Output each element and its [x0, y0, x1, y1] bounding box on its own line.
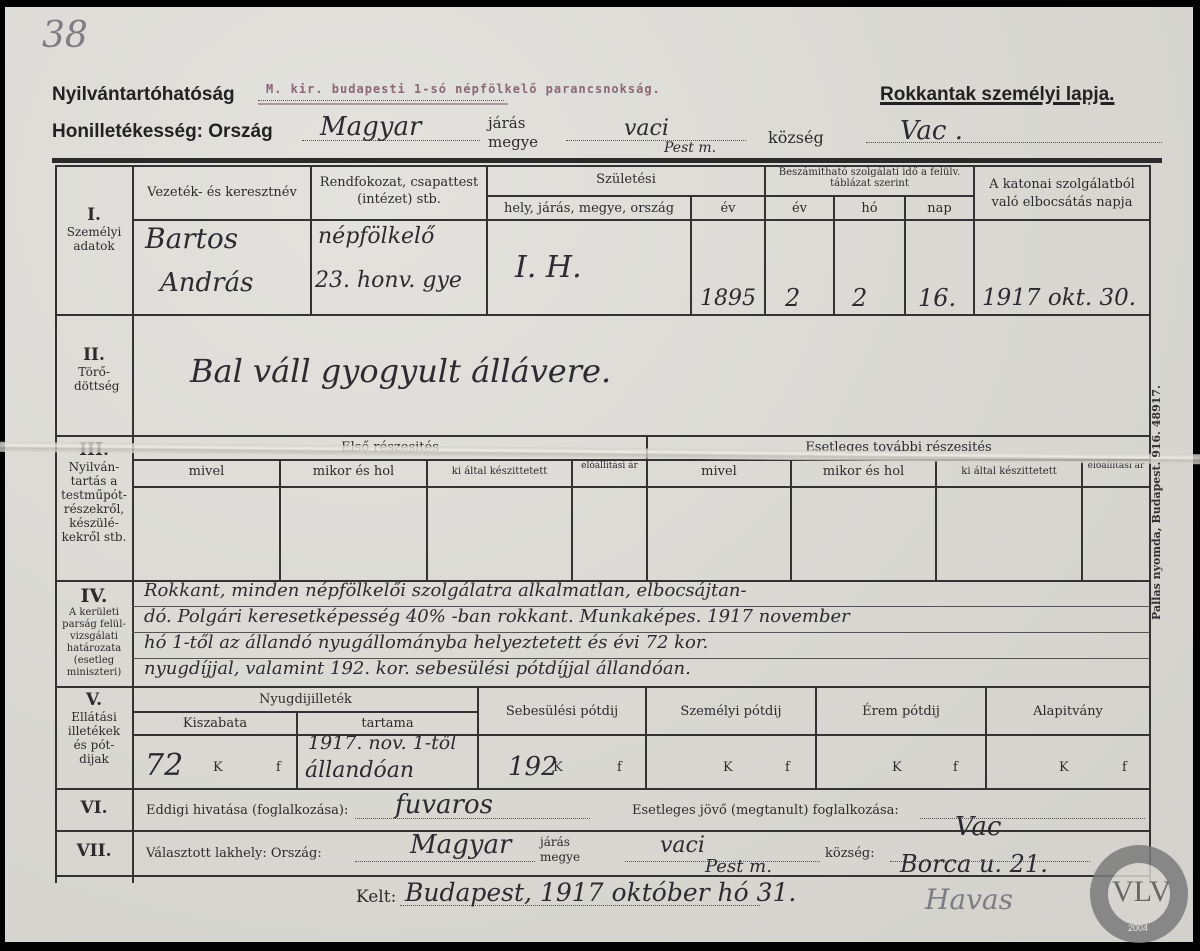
section-3-title-line: készülé-	[56, 516, 132, 530]
form-title: Rokkantak személyi lapja.	[880, 84, 1114, 106]
seal-year: 2004	[1128, 923, 1148, 933]
decision-line-1: Rokkant, minden népfölkelői szolgálatra …	[144, 580, 747, 601]
surname-value: Bartos	[145, 222, 238, 255]
section-4-label: IV. A kerületi parság felül- vizsgálati …	[56, 585, 132, 679]
header-discharge: A katonai szolgálatból való elbocsátás n…	[975, 176, 1149, 212]
st-day-value: 16.	[918, 284, 956, 312]
county-label: megye	[488, 133, 538, 151]
rank-line2: 23. honv. gye	[315, 268, 462, 293]
col-ar-1: előállitási ár	[573, 461, 646, 472]
section-1-num: I.	[56, 205, 132, 225]
section-4-title-line: parság felül-	[56, 619, 132, 631]
future-occupation-label: Esetleges jövő (megtanult) foglalkozása:	[632, 803, 899, 818]
col-foundation: Alapitvány	[987, 704, 1149, 719]
header-birth-year: év	[692, 201, 764, 216]
section-1-title: Személyi adatok	[56, 225, 132, 253]
section-7-num: VII.	[56, 841, 132, 861]
injury-value: Bal váll gyogyult állávere.	[190, 352, 611, 390]
district-value: vaci	[624, 116, 669, 141]
rule	[426, 460, 428, 581]
domicile-country: Magyar	[320, 112, 421, 142]
seal-letters: VLV	[1112, 875, 1171, 909]
pension-duration-line2: állandóan	[305, 758, 414, 783]
section-4-title-line: határozata	[56, 643, 132, 655]
res-county-label: megye	[540, 850, 580, 864]
col-tartama: tartama	[298, 716, 477, 731]
section-3-label: III. Nyilván- tartás a testműpót- részek…	[56, 440, 132, 544]
decision-line-3: hó 1-től az állandó nyugállományba helye…	[144, 632, 708, 653]
section-2-num: II.	[56, 345, 132, 365]
pension-header: Nyugdijilleték	[134, 692, 477, 707]
section-col-border	[132, 165, 134, 883]
section-3-title-line: tartás a	[56, 474, 132, 488]
section-3-title-line: testműpót-	[56, 488, 132, 502]
wound-supplement-value: 192	[508, 752, 558, 782]
domicile-label: Honilletékesség: Ország	[52, 121, 273, 143]
section-7-label: VII.	[56, 841, 132, 861]
res-county-value: Pest m.	[705, 856, 772, 877]
municipality-value: Vac .	[900, 116, 963, 146]
signature: Havas	[925, 883, 1013, 916]
header-name: Vezeték- és keresztnév	[134, 185, 310, 200]
col-wound-supplement: Sebesülési pótdij	[479, 704, 645, 719]
rank-line1: népfölkelő	[318, 224, 434, 249]
currency-k: K	[892, 760, 902, 775]
col-kiszabata: Kiszabata	[134, 716, 296, 731]
header-service-time: Beszámitható szolgálati idő a felülv. tá…	[766, 167, 973, 189]
currency-k: K	[1059, 760, 1069, 775]
section-5-title-line: és pót-	[56, 738, 132, 752]
col-mivel-1: mivel	[134, 464, 279, 479]
rule	[132, 734, 1150, 736]
section-1-label: I. Személyi adatok	[56, 205, 132, 253]
authority-label: Nyilvántartóhatóság	[52, 84, 235, 106]
section-3-title-line: részekről,	[56, 502, 132, 516]
st-year-value: 2	[785, 284, 800, 312]
currency-f: f	[1122, 760, 1127, 775]
col-mivel-2: mivel	[648, 464, 790, 479]
pension-duration-line1: 1917. nov. 1-től	[308, 732, 456, 754]
section-4-num: IV.	[56, 585, 132, 607]
section-4-title-line: A kerületi	[56, 607, 132, 619]
section-2-title: Törő-döttség	[74, 365, 114, 393]
section-3-title-line: Nyilván-	[56, 460, 132, 474]
col-ki-1: ki által készittetett	[428, 466, 571, 477]
currency-f: f	[953, 760, 958, 775]
header-rank: Rendfokozat, csapattest (intézet) stb.	[312, 174, 486, 208]
rule	[55, 435, 1150, 437]
top-rule	[52, 158, 1162, 163]
county-value: Pest m.	[664, 140, 716, 156]
discharge-date-value: 1917 okt. 30.	[982, 285, 1136, 311]
district-label: járás	[488, 114, 525, 132]
res-street-value: Borca u. 21.	[900, 850, 1048, 878]
res-district-value: vaci	[660, 833, 705, 858]
currency-k: K	[553, 760, 563, 775]
section-5-title-line: dijak	[56, 752, 132, 766]
decision-line-4: nyugdíjjal, valamint 192. kor. sebesülés…	[144, 658, 691, 679]
rule	[571, 460, 573, 581]
currency-f: f	[276, 760, 281, 775]
section-2-label: II. Törő-döttség	[56, 345, 132, 393]
rule	[477, 687, 479, 789]
dated-value: Budapest, 1917 október hó 31.	[405, 878, 796, 907]
archive-seal: VLV 2004	[1090, 845, 1188, 943]
dated-label: Kelt:	[356, 887, 396, 907]
rule	[486, 165, 488, 315]
authority-dotted-line	[258, 100, 504, 101]
pension-amount: 72	[145, 748, 183, 783]
given-name-value: András	[160, 268, 253, 298]
authority-stamp: M. kir. budapesti 1-só népfölkelő paranc…	[266, 82, 661, 96]
rule	[486, 195, 973, 197]
col-ki-2: ki által készittetett	[937, 466, 1081, 477]
section-4-title-line: vizsgálati	[56, 631, 132, 643]
header-st-month: hó	[835, 201, 904, 216]
section-4-title-line: (esetleg	[56, 655, 132, 667]
res-district-label: járás	[540, 835, 570, 849]
col-personal-supplement: Személyi pótdij	[647, 704, 815, 719]
rule	[132, 486, 1150, 488]
rule	[645, 687, 647, 789]
currency-k: K	[213, 760, 223, 775]
prev-occupation-label: Eddigi hivatása (foglalkozása):	[146, 803, 348, 818]
rule	[815, 687, 817, 789]
page-number: 38	[42, 15, 88, 56]
stamp-underline	[258, 103, 508, 105]
currency-k: K	[723, 760, 733, 775]
section-5-title-line: Ellátási	[56, 710, 132, 724]
currency-f: f	[617, 760, 622, 775]
rule	[935, 460, 937, 581]
rule	[985, 687, 987, 789]
res-municipality-label: község:	[825, 846, 875, 861]
residence-label: Választott lakhely: Ország:	[146, 846, 322, 861]
residence-dotted-line	[355, 861, 535, 862]
rule	[55, 314, 1150, 316]
section-4-title-line: miniszteri)	[56, 667, 132, 679]
st-month-value: 2	[852, 284, 867, 312]
section-5-num: V.	[56, 690, 132, 710]
col-medal-supplement: Érem pótdij	[817, 704, 985, 719]
prev-occupation-value: fuvaros	[395, 790, 493, 820]
header-birth-place: hely, járás, megye, ország	[488, 201, 690, 216]
rule	[1081, 460, 1083, 581]
col-mikor-2: mikor és hol	[792, 464, 935, 479]
res-municipality-value: Vac	[955, 812, 1001, 842]
future-occupation-dotted-line	[920, 818, 1145, 819]
section-5-label: V. Ellátási illetékek és pót- dijak	[56, 690, 132, 766]
header-birth: Születési	[488, 172, 764, 187]
rule	[132, 219, 1150, 221]
birth-year-value: 1895	[700, 286, 756, 311]
section-6-label: VI.	[56, 798, 132, 818]
rule	[132, 711, 477, 713]
col-mikor-1: mikor és hol	[281, 464, 426, 479]
header-st-day: nap	[906, 201, 973, 216]
birth-place-value: I. H.	[515, 250, 582, 285]
decision-line-2: dó. Polgári keresetképesség 40% -ban rok…	[144, 606, 850, 627]
printer-imprint: Pallas nyomda, Budapest. 916. 48917.	[1150, 385, 1163, 620]
rule	[55, 165, 1150, 167]
section-3-title-line: kekről stb.	[56, 530, 132, 544]
section-6-num: VI.	[56, 798, 132, 818]
currency-f: f	[785, 760, 790, 775]
residence-country: Magyar	[410, 830, 511, 860]
header-st-year: év	[766, 201, 833, 216]
municipality-label: község	[768, 128, 824, 147]
section-5-title-line: illetékek	[56, 724, 132, 738]
